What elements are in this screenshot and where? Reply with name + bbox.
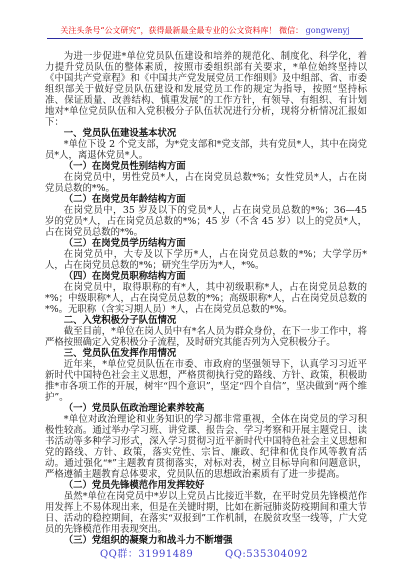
paragraph-education: 在岗党员中，大专及以下学历*人，占在岗党员总数的*%；大学学历*人，占在岗党员总… [45,249,367,271]
paragraph-gender: 在岗党员中，男性党员*人，占在岗党员总数*%；女性党员*人，占在岗党员总数的*%… [45,172,367,194]
section-heading-2: 二、入党积极分子队伍情况 [45,315,367,326]
promo-notice-text: 关注头条号“公文研究”，获得最新最全最专业的公文资料库！ [60,26,276,35]
paragraph-age: 在岗党员中，35 岁及以下的党员*人，占在岗党员总数的*%；36—45 岁的党员… [45,205,367,238]
section-heading-1-1: （一）在岗党员性别结构方面 [45,161,367,172]
paragraph-theory: *单位对政治理论和业务知识的学习都非常重视，全体在岗党员的学习积极性较高。通过举… [45,414,367,480]
section-heading-1-4: （四）在岗党员职称结构方面 [45,271,367,282]
section-heading-3-2: （二）党员先锋模范作用发挥较好 [45,480,367,491]
section-heading-3-1: （一）党员队伍政治理论素养较高 [45,403,367,414]
paragraph-title-structure: 在岗党员中，取得职称的有*人，其中初级职称*人，占在岗党员总数的*%；中级职称*… [45,282,367,315]
promo-footer: QQ群：31991489 QQ:535304092 [0,545,408,560]
document-page: 关注头条号“公文研究”，获得最新最全最专业的公文资料库！ 微信： gongwen… [0,0,408,580]
paragraph-vanguard: 虽然*单位在岗党员中*岁以上党员占比接近半数，在平时党员先锋模范作用发挥上不易体… [45,491,367,535]
qq-number: QQ:535304092 [225,549,308,560]
section-heading-3: 三、党员队伍发挥作用情况 [45,348,367,359]
wechat-label: 微信： [279,26,303,35]
wechat-id: gongwenyj [306,26,350,35]
paragraph-activists: 截至目前，*单位在岗人员中有*名人员为群众身份，在下一步工作中，将严格按照确定入… [45,326,367,348]
paragraph-intro: 为进一步促进*单位党员队伍建设和培养的规范化、制度化、科学化，着力提升党员队伍的… [45,51,367,128]
section-heading-1-2: （二）在岗党员年龄结构方面 [45,194,367,205]
paragraph-role-overview: 近年来，*单位党员队伍在市委、市政府的坚强领导下，认真学习习近平新时代中国特色社… [45,359,367,403]
section-heading-1-3: （三）在岗党员学历结构方面 [45,238,367,249]
qq-group-number: QQ群：31991489 [100,549,193,560]
document-body: 为进一步促进*单位党员队伍建设和培养的规范化、制度化、科学化，着力提升党员队伍的… [45,51,367,546]
paragraph-org-overview: *单位下设 2 个党支部，为*党支部和*党支部，共有党员*人，其中在岗党员*人，… [45,139,367,161]
section-heading-1: 一、党员队伍建设基本状况 [45,128,367,139]
promo-header: 关注头条号“公文研究”，获得最新最全最专业的公文资料库！ 微信： gongwen… [47,25,363,39]
